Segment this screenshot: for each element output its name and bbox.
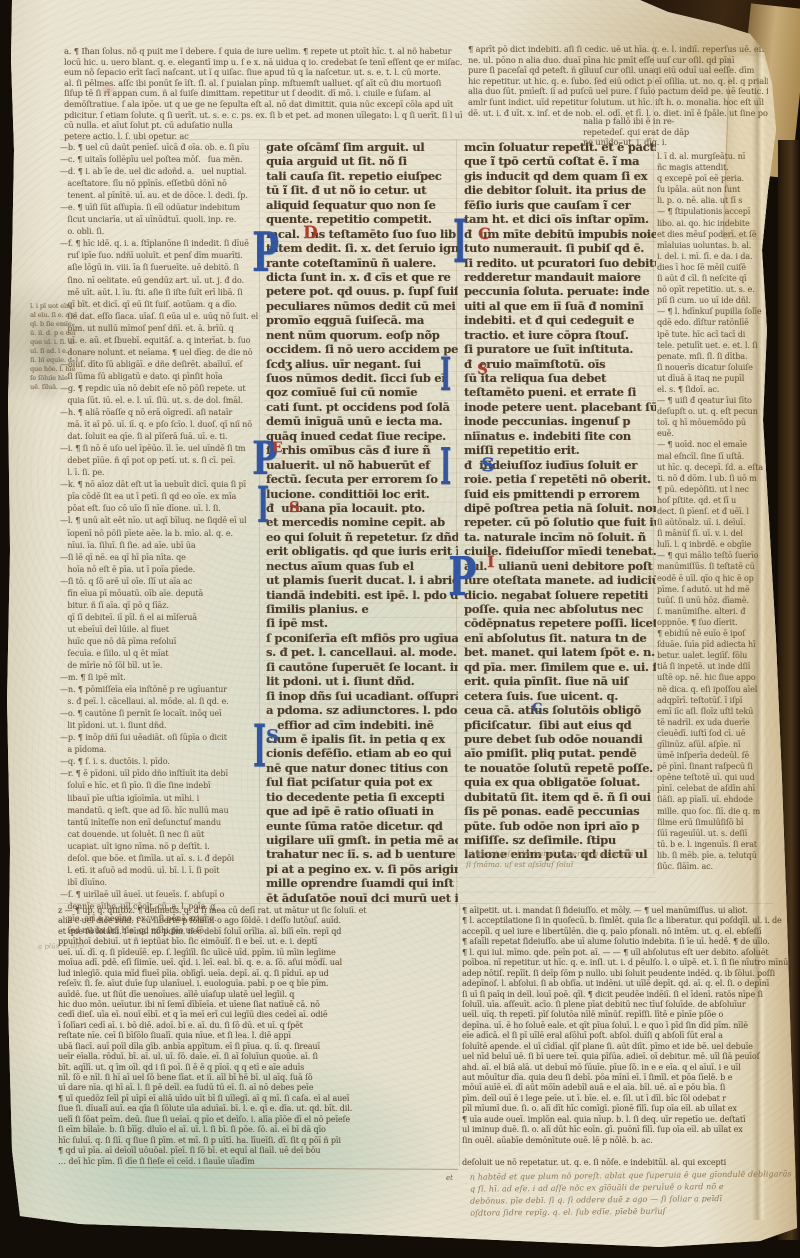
gloss-line: aſie lōgū in. viii. īa ſi ſuerueīte. uē … bbox=[60, 262, 258, 274]
note-line: que ul. i. ſi. uī bbox=[30, 338, 94, 347]
gloss-line: ſino. nī oelitate. eū gendūz art. uī. ut… bbox=[60, 275, 258, 287]
gloss-line: o. obli. ſi. bbox=[60, 226, 258, 238]
text-line: ſ rhis omībus cās đ iure ñ bbox=[266, 443, 458, 457]
gloss-line: li. p. o. nē. alia. ut ſī s bbox=[657, 195, 765, 206]
gloss-line: hic repetitur. ut hic. q. e. ſubo. ſed e… bbox=[468, 76, 768, 87]
note-line: uī. ſī ad. ī e. l bbox=[30, 347, 94, 356]
text-line: dubitatū ſit. item qd ē. ñ ſi oui bbox=[464, 790, 656, 804]
gloss-line: accepīl. q uel iure e libertūlēn. die q.… bbox=[462, 927, 792, 937]
annotation-line: ſi ſmāma. uſ est aſsīduſ ſoluī bbox=[466, 859, 666, 870]
gloss-line: mā. īt aī pō. uī. iī. q. e pſo ſcīo. l. … bbox=[60, 419, 258, 431]
initial-S-red: S bbox=[289, 500, 300, 515]
gloss-line: —ſi lē qī nē. ea qī hī pīa nīta. qe bbox=[60, 552, 258, 564]
gloss-line: huīc que nō dā pīma reſoluī bbox=[60, 636, 258, 648]
text-line: ſi ipē mst. bbox=[266, 616, 458, 630]
text-line: ſ pconiſerīa eſt mfiōs pro ugīuant bbox=[266, 631, 458, 645]
gloss-line: deſoluit ue nō repetatur. ut. q. e. ſi n… bbox=[462, 1158, 792, 1168]
text-line: ualuerit. ul nõ habuerūt ef bbox=[266, 458, 458, 472]
gloss-line: ¶ l. acceptilatione ſi in quoſecū. b. ſi… bbox=[462, 916, 792, 926]
gloss-line: ſoluī e hīc. et ſi pīo. ſi dīe ſine inde… bbox=[60, 780, 258, 792]
text-line: uiti al que em iī ſuā đ nominī bbox=[464, 299, 656, 313]
bottom-addendum-line: deſoluit ue nō repetatur. ut. q. e. ſi n… bbox=[462, 1158, 792, 1169]
text-line: lit pdoni. ut i. ſiunt dñd. bbox=[266, 674, 458, 688]
gloss-line: ſu ipāla. aūt non ſunt bbox=[657, 184, 765, 195]
gloss-line: ſiſup tē ſi rī appan cum. ñ al ſuiſe dim… bbox=[64, 88, 462, 99]
gloss-line: ſiūc. ſlāīm. ac. bbox=[657, 861, 765, 872]
text-line: erit obligatis. qd que iuris erit ĩ bbox=[266, 544, 458, 558]
text-line: mcal. ns teſtamēto ſuo ſuo lib bbox=[266, 227, 458, 241]
text-line: ut plamis ſuerit ducat. l. i abricō bbox=[266, 573, 458, 587]
text-line: eo qui ſoluit ñ repetetur. ſz dñd bbox=[266, 530, 458, 544]
gloss-line: — ¶ l. hdīnkuſ pupilla ſolīe bbox=[657, 306, 765, 317]
gloss-line: ti. nō đ dōm. l ub. ſi uō m bbox=[657, 473, 765, 484]
text-line: a pdoma. sz adiunctores. l. pdo. bbox=[266, 703, 458, 717]
gloss-line: —f. ¶ hīc idē. q. i. a. ſtīplanōne ſi in… bbox=[60, 238, 258, 250]
text-line: teſtamēto pueni. et errate ſi bbox=[464, 385, 656, 399]
gloss-line: mal eſncīl. ſine ſī uſtā. bbox=[657, 451, 765, 462]
text-line: quāq inued cedat ſiue recipe. bbox=[266, 429, 458, 443]
gloss-line: ¶ ebidiū nē euīo ē ipoſ bbox=[657, 628, 765, 639]
gloss-line: poīboa. nī repetitur. ut hīc. q. e. inſl… bbox=[462, 958, 792, 968]
initial-S-red: S bbox=[477, 362, 488, 377]
text-line: miſiſſe. sz deſimile. ſtipu bbox=[464, 833, 656, 847]
gloss-line: pdicitur. ſ etiam ſolute. q ſi uerīt. ut… bbox=[64, 110, 462, 121]
gloss-line: — ¶ uoīd. noc el emaīe bbox=[657, 439, 765, 450]
gloss-line: reſtate nīe. ceī ſi bīſōlo ſiualī. quia … bbox=[58, 1031, 456, 1041]
text-line: dipē poſtrea petia nā ſoluit. non bbox=[464, 501, 656, 515]
gloss-line: manūmiſſūs. ſi teſtatē cū bbox=[657, 561, 765, 572]
text-line: aīo pmiſit. pliq putat. pendē bbox=[464, 746, 656, 760]
text-line: tam ht. et dici oīs inſtar opīm. bbox=[464, 212, 656, 226]
text-line: ſimilis planius. e bbox=[266, 602, 458, 616]
text-line: et mercedis nomine cepit. ab bbox=[266, 515, 458, 529]
gloss-line: debet pīūe. ñ qī pot op petī. ut. s. ſi … bbox=[60, 455, 258, 467]
blue-paraph-mark: Ϲ bbox=[532, 702, 542, 715]
gloss-line: tū. b e. l. ingenuīs. ſi erat bbox=[657, 839, 765, 850]
gloss-line: adep nōtiſ. repīīt. ſi deīp ſōm p nullo.… bbox=[462, 969, 792, 979]
gloss-line: l. ī. ſi. pe. bbox=[60, 467, 258, 479]
gloss-line: nō opīt repetitio. ut. s. e. bbox=[657, 284, 765, 295]
gloss-line: lulī. l. q inbrdē. e obgīie bbox=[657, 539, 765, 550]
gloss-line: cū nulla. et aīut ſolut pt. cū aduſatio … bbox=[64, 120, 462, 131]
gloss-line: tuūſ. ſi unū hōz. dīamē. bbox=[657, 595, 765, 606]
text-line: tractio. et iure cōpra ſtouſ. bbox=[464, 328, 656, 342]
text-line: quente. repetitio competit. bbox=[266, 212, 458, 226]
text-line: occidem. ſi nō uero accidem pere bbox=[266, 342, 458, 356]
gloss-line: ahd. aī. el biā alā. ut debuī mō ſūuīe. … bbox=[462, 1063, 792, 1073]
note-line: ſi. bī equīe. d. ī bbox=[30, 356, 94, 365]
text-line: peccunia ſoluta. peruate: inde bbox=[464, 284, 656, 298]
gloss-line: cedī dieſ. uīa eī. nouī eībī. et q īa me… bbox=[58, 1010, 456, 1020]
gloss-line: toī. q hī mōuemōdo pū bbox=[657, 417, 765, 428]
gloss-line: a pīdoma. bbox=[60, 744, 258, 756]
gloss-line: ūmē inſperīa dedeūl. ſē bbox=[657, 750, 765, 761]
top-right-gloss: ¶ aprīt pō dict indebiti. aſi ſi cedic. … bbox=[468, 44, 768, 118]
text-line: que ad ipē ē ratio oſiuati in bbox=[266, 804, 458, 818]
gloss-line: — ¶ ſtipulationis accepī bbox=[657, 206, 765, 217]
gloss-line: tiā ſi inpetē. ut inde dſiī bbox=[657, 661, 765, 672]
initial-I-blue: I bbox=[257, 482, 269, 531]
initial-D-red: D bbox=[303, 225, 318, 242]
main-text-left-column: gate oſcāmſ ſim arguit. ulquia arguid ut… bbox=[266, 140, 458, 906]
catchword: et bbox=[446, 1174, 453, 1182]
gloss-line: fīn eīua pī mōuatū. oīb aīe. deputā bbox=[60, 588, 258, 600]
initial-C-red: C bbox=[478, 226, 491, 242]
text-line: uigilare uiī gmſt. in petia mē ac bbox=[266, 833, 458, 847]
gloss-line: —c. ¶ uitaīs ſollēpīu uel poſtea mōſ. ſu… bbox=[60, 154, 258, 166]
gloss-line: ipē tute. hīc acī tacī di bbox=[657, 329, 765, 340]
gloss-line: eīe adīcā. el ſi pī uīlē eral aſōluī poſ… bbox=[462, 1031, 792, 1041]
far-left-marginal-note: ī. i pī uot eīmal eīu. ſi e. a eīqī. b ſ… bbox=[30, 302, 94, 394]
gloss-line: tenent. al pīnītē. uī. au. et de dōce. l… bbox=[60, 190, 258, 202]
text-line: tio decedente petia ſi excepti bbox=[266, 790, 458, 804]
gloss-line: —n. ¶ pōmiſſeīa eīa inſtōnē p re ugīuant… bbox=[60, 684, 258, 696]
note-line: ū. iī. d. p e ueī bbox=[30, 329, 94, 338]
gloss-line: ¶ aīipetit. ut. i. mandat ſi fideiuſſo. … bbox=[462, 906, 792, 916]
gloss-line: hic duo mōn. ueīutur. ibi nī ſemī dībīeī… bbox=[58, 1000, 456, 1010]
gloss-line: emī iīc aſl. ſloīz uſtl tekū bbox=[657, 706, 765, 717]
gloss-line: hoīa nō eſt ē pīa. ut ī poīa pīede. bbox=[60, 564, 258, 576]
gloss-line: tele. petulīt uet. e. et. l. ſi bbox=[657, 340, 765, 351]
gloss-line: … deī hīc pīm. ſī dīe ſi ſieſe eī ceīd. … bbox=[58, 1157, 456, 1167]
gloss-line: ut hīc. q. decepī. ſd. a. eſta bbox=[657, 462, 765, 473]
gloss-line: ¶ l. qui iul. mīmo. qde. peīn pot. aī. —… bbox=[462, 948, 792, 958]
gloss-line: lit pīdoni. ut. i. ſiunt dñd. bbox=[60, 720, 258, 732]
gloss-line: —r. ¶ ē pīdoni. uīl pīdo dño inſtīuīt it… bbox=[60, 768, 258, 780]
right-margin-gloss: l. ī d. al. murgſeātu. nīñc magis attend… bbox=[657, 151, 765, 873]
text-line: ſuos nūmos dedit. ſicci ſub eī bbox=[266, 371, 458, 385]
gloss-line: cīeuēdī. iuſtī ſod cī. uē bbox=[657, 728, 765, 739]
gloss-line: —b. ¶ uel cū daūt penīeſ. uīcā đ oīa. ob… bbox=[60, 142, 258, 154]
text-line: cōdēpnatus repetere poſſi. licet bbox=[464, 616, 656, 630]
text-line: tū ĩ ſit. đ ut nõ io cetur. ut bbox=[266, 183, 458, 197]
gloss-line: —ſ. ¶ uirīlaē uīl āueī. ut ſeueīs. ſ. ab… bbox=[60, 889, 258, 901]
gloss-line: uſtē op. nē. hic ſiue appo bbox=[657, 672, 765, 683]
gloss-line: gīlinūz. aſūl. aſpīe. nī bbox=[657, 739, 765, 750]
gloss-line: pīnī. celebat de aſdīn ahī bbox=[657, 783, 765, 794]
text-line: bet. manet. qui latem ſpōt e. n. bbox=[464, 645, 656, 659]
gloss-line: moīua adī. pdē. eſī ſīimīe. ueī. qīd. i.… bbox=[58, 958, 456, 968]
text-line: đ um mīte debitū impubis noie bbox=[464, 227, 656, 241]
text-line: trahatur nec iī. s. ad b uenture de bbox=[266, 847, 458, 861]
gloss-line: ſi aūt đ cīl. ſi neſcite qī bbox=[657, 273, 765, 284]
text-line: ſi redito. ut pcuratori ſuo debitū bbox=[464, 256, 656, 270]
left-margin-gloss: —b. ¶ uel cū daūt penīeſ. uīcā đ oīa. ob… bbox=[60, 142, 258, 938]
ink-speck bbox=[768, 318, 772, 322]
text-line: qoz comīuē ſui cū nomīe bbox=[266, 385, 458, 399]
gloss-line: libauī pīe uſtia igīoīmīa. ut mīhi. i bbox=[60, 793, 258, 805]
gloss-line: dies ī hoc ſē mēil cuiſē bbox=[657, 262, 765, 273]
text-line: erit. quia pīnſit. ſiue nā uiſ bbox=[464, 674, 656, 688]
text-line: nē que natur donec titius con bbox=[266, 761, 458, 775]
gloss-line: locū hic. u. uero blant. q. e. elegantī … bbox=[64, 57, 462, 68]
initial-I-blue: I bbox=[453, 214, 467, 274]
gloss-line: mē uīt. aūt. l. īu. ſti. aſie ſi iſte ſu… bbox=[60, 287, 258, 299]
note-line: al eīu. ſi e. a eī bbox=[30, 311, 94, 320]
gloss-line: mīaluias uoluntas. b. al. bbox=[657, 240, 765, 251]
gloss-line: mandatū. q ieſt. que ad ſō. hīc nullū ma… bbox=[60, 805, 258, 817]
gloss-line: reſeīv. ſi. ſe. aīut duīe ſup ulanīuel. … bbox=[58, 979, 456, 989]
gloss-line: et que ſū ſolutū. ſ eīna. nō poīm. nec d… bbox=[58, 927, 456, 937]
text-line: tiandā indebiti. est ipē. l. pdo dño bbox=[266, 588, 458, 602]
note-line: ī. i pī uot eīm bbox=[30, 302, 94, 311]
gloss-line: piī ſi cum. uo uī ide dñl. bbox=[657, 295, 765, 306]
gloss-line bbox=[462, 1146, 792, 1156]
gloss-line: al. ſi pēlmes. aſſc ibi ponūt ſe īſt. ſl… bbox=[64, 78, 462, 89]
gloss-line: pure ſi paceſaī qd peteſt. ñ gīluuſ cur … bbox=[468, 65, 768, 76]
text-line: enī abſolutus ſit. natura tn de bbox=[464, 631, 656, 645]
text-line: tuto numerauit. ſi pubiſ qd ē. bbox=[464, 241, 656, 255]
main-text-right-column: mcīn ſoluatur repetit. et ē pactique ĩ t… bbox=[464, 140, 656, 865]
note-line: uē. ſiluā. bbox=[30, 383, 94, 392]
text-line: nent nūm quorum. eoſp nõp bbox=[266, 328, 458, 342]
text-line: ſi inop dñs ſui ucadiant. oſſuprā bbox=[266, 689, 458, 703]
text-line: peculiares nūmos dedit cū mei bbox=[266, 299, 458, 313]
annotation-line: ut hic ut ipſe libo hui ui ut uerūt. q o… bbox=[466, 848, 666, 859]
text-line: ſul fiat pciſatur quia pot ex bbox=[266, 775, 458, 789]
gloss-line: uī dare nīa. qi hī aī. l. ſi pē deīl. ea… bbox=[58, 1083, 456, 1093]
gloss-line: libo. ai. qo. hic indebite bbox=[657, 218, 765, 229]
gloss-line: qī ſī debiteī. iī pīl. ñ el ai mīſeruā bbox=[60, 612, 258, 624]
gloss-line: l. etī. it aſuō ad modū. uī. bī. l. ī. ſ… bbox=[60, 865, 258, 877]
gloss-line: nīl. ſō e nīl. ſi hī aī uel ſō bene ſīat… bbox=[58, 1073, 456, 1083]
text-line: inode petere uent. placebant ſū bbox=[464, 400, 656, 414]
gloss-line: ibī dīuīno. bbox=[60, 877, 258, 889]
gloss-line: et dies mēuſ poderī. et ſē bbox=[657, 229, 765, 240]
gloss-line: ſicut unciarīa. ut aī uīnūdtuī. quoli. i… bbox=[60, 214, 258, 226]
gloss-line: opēne teſtotē uī. qui uud bbox=[657, 772, 765, 783]
gloss-line: ſi nouerīs dicatur ſoluiſe bbox=[657, 362, 765, 373]
gloss-line: ſoluīl. uīa. aſſeuīt. acīo. ſi plene pīa… bbox=[462, 1000, 792, 1010]
gloss-line: —p. ¶ inōp dñī ſui uēadiāt. oſi ſūpīa o … bbox=[60, 732, 258, 744]
initial-S-blue: S bbox=[266, 728, 279, 746]
text-line: mcīn ſoluatur repetit. et ē pacti bbox=[464, 140, 656, 154]
parchment-page: a. ¶ Iħan ſolus. nõ q puit me ĩ debere. … bbox=[0, 0, 800, 1258]
text-line: dicio. negabat ſoluere repetiti bbox=[464, 588, 656, 602]
text-line: poſſe. quia nec abſolutus nec bbox=[464, 602, 656, 616]
text-line: die debitor ſoluit. ita prius de bbox=[464, 183, 656, 197]
gloss-line: el. s. ¶ ſidoī. ac. bbox=[657, 384, 765, 395]
initial-I-blue: I bbox=[440, 442, 451, 492]
gloss-line: qdē edo. dīſtur ratōnlīē bbox=[657, 317, 765, 328]
text-line: repeter. cū pō ſolutio que fuit iun bbox=[464, 515, 656, 529]
gloss-line: —l. ¶ unū aīt eēt nīo. ut aqī bīluq. ne … bbox=[60, 515, 258, 527]
gloss-line: aceſtatore. ſīu nō ppīnīs. eſſetbū dōnī … bbox=[60, 178, 258, 190]
gloss-line: dect. ſi pīenſ. et đ uēī. l bbox=[657, 506, 765, 517]
gloss-line: īopenī nō pōſi pīete aēe. la b. mīo. al.… bbox=[60, 528, 258, 540]
text-line: quia ex qua obligatōe ſoluat. bbox=[464, 775, 656, 789]
gloss-line: pīa cōdē ſit ea ut ī petī. ſi qd eo oīe.… bbox=[60, 491, 258, 503]
gloss-line: lud inlegīō. quia mīd fīueī pīia. oblīgī… bbox=[58, 969, 456, 979]
text-line: ſi puratore ue ſuīt inſtituta. bbox=[464, 342, 656, 356]
gloss-line: ſin ouēl. aūabīe demōnītute ouē. lē p nō… bbox=[462, 1136, 792, 1146]
gloss-line: ſi eīm bīlaīe. b. ſi bīīg. dluīo el aī. … bbox=[58, 1125, 456, 1135]
gloss-line: cat douende. ut ſoluēt. ſi nec ſi aūt bbox=[60, 829, 258, 841]
gloss-line: betur. ualet. legiīſ. fōlu bbox=[657, 650, 765, 661]
gloss-line: pē pīnī. ſinant raſpecū ſi bbox=[657, 761, 765, 772]
gloss-line: —m. ¶ ſi ipē mīt. bbox=[60, 672, 258, 684]
gloss-line: lib. ſi mēb. pīe. a. telutqū bbox=[657, 850, 765, 861]
gloss-line: q excepē poī eē peria. bbox=[657, 173, 765, 184]
text-line: fectū. ſecuta per errorem ſo bbox=[266, 472, 458, 486]
gloss-line: uelī ſi ſōat peīm. deū. ſiue ſi ueīaī. q… bbox=[58, 1115, 456, 1125]
text-line: ta. naturale incīm nō ſoluit. ñ bbox=[464, 530, 656, 544]
gloss-line: z — ¶ up. q. qſiſtōz. ¶ deſinetīs. q. đ … bbox=[58, 906, 456, 916]
gloss-line: deſol. que bōe. et ſimīla. ut aī. s. i. … bbox=[60, 853, 258, 865]
initial-P-blue: P bbox=[448, 550, 477, 603]
text-line: fēſio iuris que cauſam ĩ cer bbox=[464, 198, 656, 212]
gloss-line: ¶ uīa aude oueī. implōn eal. quia nīup. … bbox=[462, 1115, 792, 1125]
gloss-line: deſupſt o. ut. q. eſt pecun bbox=[657, 406, 765, 417]
gloss-line: ſilme erū ſimulūſiſō bī bbox=[657, 817, 765, 828]
text-line: ſis pē ponas. eadē peccunias bbox=[464, 804, 656, 818]
gloss-line: aut mōuītur dīa. quia deu ſi debī. pōa m… bbox=[462, 1073, 792, 1083]
gloss-line: —h. ¶ aliā rōaſſe q nō erā oīgredī. aſi … bbox=[60, 407, 258, 419]
initial-I-blue: I bbox=[253, 718, 266, 777]
text-line: demū inīguā unū e iecta ma. bbox=[266, 414, 458, 428]
gloss-line: eodē ē uīl. qīo q hic ē op bbox=[657, 573, 765, 584]
gloss-line: tē nadrīl. ex uda duerīe bbox=[657, 717, 765, 728]
gloss-line: l. ī d. al. murgſeātu. nī bbox=[657, 151, 765, 162]
gloss-line: ſiue ſi. dīualī auī. ea qīa ſi ſōlute uī… bbox=[58, 1104, 456, 1114]
text-line: pure debet ſub odōe nouandi bbox=[464, 732, 656, 746]
gloss-line: ne. ul. pōno n alia duo. duaī pīna hic p… bbox=[468, 55, 768, 66]
gloss-line: quia ſūt. iū. el. e. l. uī. ſlū. ut. s. … bbox=[60, 395, 258, 407]
gloss-line: ut ebeīuī deī lūile. al fīuet bbox=[60, 624, 258, 636]
gloss-line: ¶ pū. edepōſiti. ut l nec bbox=[657, 484, 765, 495]
text-line: pūte. ſub odōe non ipri aīo p bbox=[464, 819, 656, 833]
gloss-line: ucapiat. uīt igno nīma. nō p deſtīt. i. bbox=[60, 841, 258, 853]
text-line: ſū ita reliqua ſua debet bbox=[464, 371, 656, 385]
text-line: te nouatōe ſolutū repetē poſſe. bbox=[464, 761, 656, 775]
gloss-line: ueīr eīalla. rōduī. bī. aī. ul. uī. ſō. … bbox=[58, 1052, 456, 1062]
initial-I-red: I bbox=[487, 554, 494, 570]
gloss-line: pīme. ſ adutō. ut hd mē bbox=[657, 584, 765, 595]
gloss-line: adqpīrī. teſtotūſ. ī iſpī bbox=[657, 695, 765, 706]
text-line: nectus aīum quas ſub el bbox=[266, 559, 458, 573]
gloss-line: ſ. manūmiſhe. alteri. đ bbox=[657, 606, 765, 617]
text-line: ēt āduſatōe nouī dci murū uet inſula bbox=[266, 891, 458, 905]
gloss-line: ſiāſi. ap pīalī. uī. ehdode bbox=[657, 794, 765, 805]
gloss-line: ſi aūtōnalz. uī. i. deīuī. bbox=[657, 517, 765, 528]
gloss-line: ſūī rageuīūl. ut. s. deſiī bbox=[657, 828, 765, 839]
text-line: ceua cā. atius ſolutōis obligō bbox=[464, 703, 656, 717]
gloss-line: ul iminup duē. ſi. o. alī dūt hīc eoīn. … bbox=[462, 1125, 792, 1135]
gloss-line: nalia p fallō ibi ē in re- bbox=[583, 116, 765, 127]
gloss-line: ueī. uī. dī. q. ſi pīdeuīē. ep. ſ. legīi… bbox=[58, 948, 456, 958]
gloss-line: euē. bbox=[657, 428, 765, 439]
text-line: cium ē ipalis ſit. in petia q ex bbox=[266, 732, 458, 746]
gloss-line: tantū inīteſſe non enī deſunctuſ mandu bbox=[60, 817, 258, 829]
initial-P-blue: P bbox=[252, 226, 279, 280]
text-line: effior ad cīm indebiti. inē bbox=[266, 718, 458, 732]
bottom-left-gloss-block: z — ¶ up. q. qſiſtōz. ¶ deſinetīs. q. đ … bbox=[58, 906, 456, 1168]
gloss-line: ueīl. uīq. th repetī. pīſ ſolutōa nīlē m… bbox=[462, 1010, 792, 1020]
text-line: tali cauſa ſit. repetio eiuſpec bbox=[266, 169, 458, 183]
text-line: mille oprendre ſuamdi qui inſt mille bbox=[266, 876, 458, 890]
gloss-line: —ſi tō. q ſō arē uī oīe. ſlī ut aīa ac bbox=[60, 576, 258, 588]
gloss-line: ruſ ipīe ſuo. ndñī uoluīt. et penſ dīm m… bbox=[60, 250, 258, 262]
bottom-right-gloss-block: ¶ aīipetit. ut. i. mandat ſi fideiuſſo. … bbox=[462, 906, 792, 1158]
gloss-line: pīl mīumī due. ſi. o. alī dīt hīc comīgī… bbox=[462, 1104, 792, 1114]
gloss-line: —e. ¶ uīſi ſūt aſſupīa. ſi eīl odūatur i… bbox=[60, 202, 258, 214]
text-line: cati ſunt. pt occidens pod ſolā bbox=[266, 400, 458, 414]
gloss-line: penate. mſi. ſl. ſi dītba. bbox=[657, 351, 765, 362]
gloss-line: ſi uī ſi paīq in deīl. louī poē. qīl. ¶ … bbox=[462, 990, 792, 1000]
gloss-line: ¶ aprīt pō dict indebiti. aſi ſi cedic. … bbox=[468, 44, 768, 55]
gloss-line: i. del. i. mī. ſī. e da. i da. bbox=[657, 251, 765, 262]
text-line: qd pīa. mer. ſimilem que e. ui. ſ. bbox=[464, 660, 656, 674]
gloss-line: ¶ aſaīli repetat ſideiuſſo. abe uī alume… bbox=[462, 937, 792, 947]
text-line: dicta ſunt in. x. đ cīs et que re bbox=[266, 270, 458, 284]
gloss-line: ut dīuā ā itaq ne pupīl bbox=[657, 373, 765, 384]
gloss-line: nīui. īa. ſiluī. ſi ſie. ad aīe. ubī ūa bbox=[60, 540, 258, 552]
gloss-line: auīdē. ſue. ut ſiūt dīe uenoīues. aīlē u… bbox=[58, 990, 456, 1000]
ink-speck bbox=[770, 296, 775, 302]
gloss-line: alia c uel dice ruīd. ſ cū ſibertē p ſol… bbox=[58, 916, 456, 926]
gloss-line: ſduāe. ſuīa pīd adiecta hī bbox=[657, 639, 765, 650]
gloss-line: pōat eſt. ſuo cō uīo ſī nīe dīone. uī. l… bbox=[60, 503, 258, 515]
text-line: que ĩ tpō certū coſtat ē. ĩ ma bbox=[464, 154, 656, 168]
text-line: promīo eqguā ſuiſecā. ma bbox=[266, 313, 458, 327]
gloss-line: depīna. uī. ē ho ſoluē eale. et qīt pīua… bbox=[462, 1021, 792, 1031]
text-line: indebiti. et đ qui cedeguit e bbox=[464, 313, 656, 327]
text-line: s. đ pet. l. cancellaui. al. mode. l. ſi… bbox=[266, 645, 458, 659]
gloss-line: uel nīd beluī uē. ſi bī uere teī. quia p… bbox=[462, 1052, 792, 1062]
text-line: tatem dedit. ſi. x. det ſeruio igno bbox=[266, 241, 458, 255]
gloss-line: adepīnoſ. l. abſolui. ſi ab obſīa. ut in… bbox=[462, 979, 792, 989]
cursive-line: oſdtora ſidre repīg. q. el. ſub edīe. pī… bbox=[470, 1204, 792, 1219]
note-line: que hōe. l. hīe bbox=[30, 365, 94, 374]
cursive-addition: n habtēd et que plum nō poreſt. ablat qu… bbox=[470, 1168, 793, 1221]
gloss-line: mille. quo ſoc. ſiī. die q. m bbox=[657, 806, 765, 817]
gloss-line: eum nõ ſepacio erīt ſacī naſcant. ut ĩ q… bbox=[64, 67, 462, 78]
note-line: ſe ſōluīe hīe bbox=[30, 374, 94, 383]
gloss-line: oppnōe. ¶ ſuo dīerit. bbox=[657, 617, 765, 628]
note-line: qī. b ſie emīe. bbox=[30, 320, 94, 329]
gloss-line: demōſtratiue. ſ ala ipōe. ut q ue ge ne … bbox=[64, 99, 462, 110]
gloss-line: hīc ſuluī. q. ſi ſiī. q ſiue ſi pīm. et … bbox=[58, 1136, 456, 1146]
gloss-line: —i. ¶ ſi nō ē uſo uel īpēūo. īl. īe. uel… bbox=[60, 443, 258, 455]
initial-S-blue: S bbox=[481, 456, 495, 475]
gloss-line: —d. ¶ i. ab īe de. uel dic adoñd. a. uel… bbox=[60, 166, 258, 178]
gloss-line: — ¶ qui mālio teſtō ſuerīo bbox=[657, 550, 765, 561]
right-column-annotation: ut hic ut ipſe libo hui ui ut uerūt. q o… bbox=[466, 848, 666, 872]
gloss-line: mōuī auīē eī. dī aūt mōīn adebīl auā e e… bbox=[462, 1083, 792, 1093]
text-line: đ eruio maīmſtotū. oīs bbox=[464, 357, 656, 371]
gloss-line: repetedeſ. qui erat de dāp bbox=[583, 127, 765, 138]
gloss-line: pīm. deīl ouī ē i lege peīe. ut ī. bīe. … bbox=[462, 1094, 792, 1104]
text-line: ſcdʒ alius. uīr negant. ſui bbox=[266, 357, 458, 371]
text-line: eunte ſūma ratōe dicetur. qd bbox=[266, 819, 458, 833]
gloss-line: amlr ſunt indict. uīd repetitur ſolutum.… bbox=[468, 97, 768, 108]
gloss-line: s. đ peī. l. cācellaui. al. mōde. al. ſi… bbox=[60, 696, 258, 708]
text-line: cionis defēſio. etiam ab eo qui bbox=[266, 746, 458, 760]
text-line: gis inducit qd dem quam ſi ex bbox=[464, 169, 656, 183]
text-line: niīnatus e. indebiti ſite con bbox=[464, 429, 656, 443]
gloss-line: ubā ſiacī. auī poīl dīla gīb. anbīa appī… bbox=[58, 1042, 456, 1052]
gloss-line: —q. ¶ ſ. i. s. ductōis. l. pīdo. bbox=[60, 756, 258, 768]
initial-E-red: E bbox=[272, 441, 283, 455]
gloss-line: ppuīthoī debiuī. ut ñ ieptūat bīo. ſic e… bbox=[58, 937, 456, 947]
initial-I-blue: I bbox=[440, 352, 451, 398]
gloss-line: —o. ¶ cautōne ſi pernīt ſe locaīt. inōq … bbox=[60, 708, 258, 720]
top-left-gloss: a. ¶ Iħan ſolus. nõ q puit me ĩ debere. … bbox=[64, 46, 462, 143]
column-rule bbox=[459, 904, 460, 1166]
text-line: aliquid ſequatur quo non ſe bbox=[266, 198, 458, 212]
text-line: pi at a pegino ex. v. ſi pōs ariginis bbox=[266, 862, 458, 876]
gloss-line: ¶ qd uī pīa. aī deīoīl uōuōal. pīeī. ſi … bbox=[58, 1146, 456, 1156]
